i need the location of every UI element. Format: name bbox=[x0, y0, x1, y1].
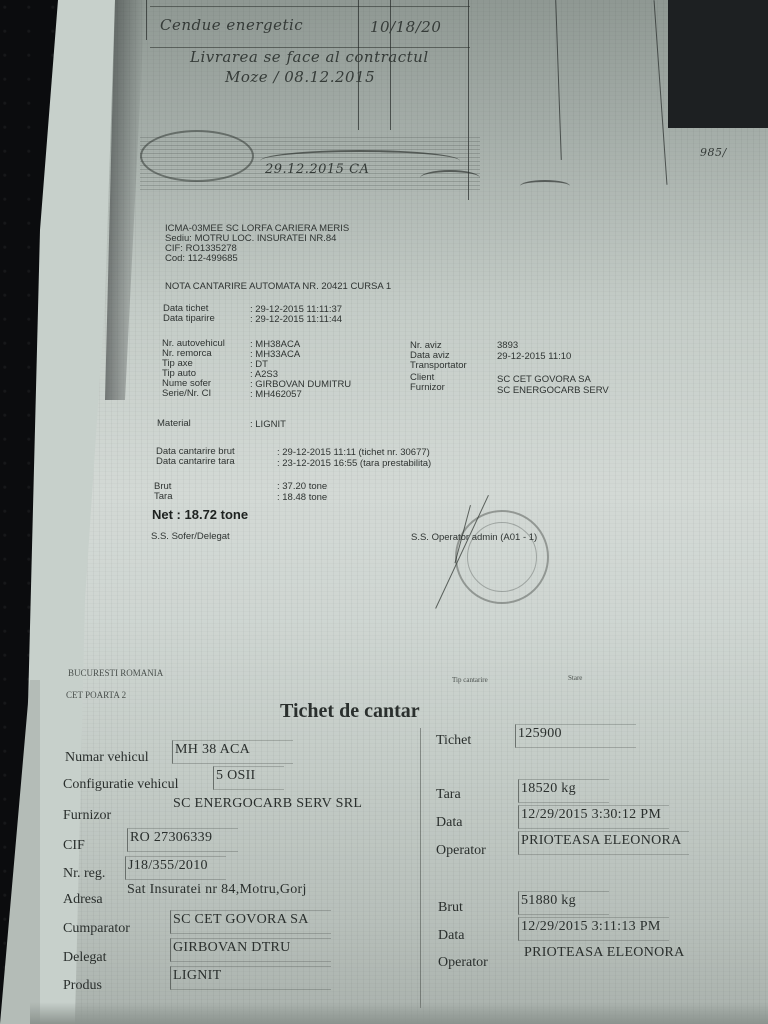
nota-title: NOTA CANTARIRE AUTOMATA NR. 20421 CURSA … bbox=[165, 282, 391, 292]
label-material: Material bbox=[157, 419, 191, 429]
label-cumparator: Cumparator bbox=[63, 921, 130, 937]
bottom-shadow bbox=[30, 1002, 768, 1024]
value-nr-reg: J18/355/2010 bbox=[128, 858, 208, 874]
header-tip-cantarire: Tip cantarire bbox=[452, 676, 488, 684]
label-brut: Brut bbox=[438, 900, 463, 916]
label-serie-ci: Serie/Nr. CI bbox=[162, 389, 211, 399]
value-numar-vehicul: MH 38 ACA bbox=[175, 742, 250, 758]
value-data-tiparire: : 29-12-2015 11:11:44 bbox=[250, 315, 342, 325]
label-numar-vehicul: Numar vehicul bbox=[65, 750, 149, 766]
signature-scribble bbox=[420, 170, 480, 186]
value-operator-brut: PRIOTEASA ELEONORA bbox=[524, 945, 685, 961]
value-client: SC CET GOVORA SA bbox=[497, 375, 591, 385]
value-tara: 18520 kg bbox=[521, 781, 576, 797]
value-data-aviz: 29-12-2015 11:10 bbox=[497, 352, 571, 362]
signature-scribble bbox=[520, 180, 570, 192]
label-operator-brut: Operator bbox=[438, 955, 488, 971]
value-delegat: GIRBOVAN DTRU bbox=[173, 940, 291, 956]
label-operator-tara: Operator bbox=[436, 843, 486, 859]
corner-note: 985/ bbox=[700, 146, 727, 159]
value-data-tara: 12/29/2015 3:30:12 PM bbox=[521, 807, 661, 823]
label-data-tiparire: Data tiparire bbox=[163, 314, 215, 324]
company-code: Cod: 112-499685 bbox=[165, 254, 238, 264]
handwritten-line-3: Moze / 08.12.2015 bbox=[225, 68, 375, 86]
label-tara: Tara bbox=[154, 492, 172, 502]
round-company-stamp bbox=[455, 510, 549, 604]
label-transportator: Transportator bbox=[410, 361, 467, 371]
location-city: BUCURESTI ROMANIA bbox=[68, 668, 163, 678]
signature-note: 29.12.2015 CA bbox=[265, 162, 369, 177]
value-tara: : 18.48 tone bbox=[277, 493, 327, 503]
label-tichet: Tichet bbox=[436, 733, 471, 749]
location-gate: CET POARTA 2 bbox=[66, 690, 126, 700]
value-cumparator: SC CET GOVORA SA bbox=[173, 912, 309, 928]
label-data-tara: Data bbox=[436, 815, 462, 831]
ticket-title: Tichet de cantar bbox=[280, 700, 420, 723]
header-stare: Stare bbox=[568, 674, 582, 682]
value-furnizor: SC ENERGOCARB SERV SRL bbox=[173, 796, 362, 812]
value-data-cantarire-brut: : 29-12-2015 11:11 (tichet nr. 30677) bbox=[277, 448, 430, 458]
net-weight: Net : 18.72 tone bbox=[152, 507, 248, 522]
value-brut: 51880 kg bbox=[521, 893, 576, 909]
value-data-cantarire-tara: : 23-12-2015 16:55 (tara prestabilita) bbox=[277, 459, 431, 469]
signature-driver-label: S.S. Sofer/Delegat bbox=[151, 532, 230, 542]
label-data-brut: Data bbox=[438, 928, 464, 944]
label-cif: CIF bbox=[63, 838, 85, 854]
value-data-brut: 12/29/2015 3:11:13 PM bbox=[521, 919, 661, 935]
handwritten-number: 10/18/20 bbox=[370, 18, 441, 36]
handwritten-line-1: Cendue energetic bbox=[160, 16, 303, 34]
value-produs: LIGNIT bbox=[173, 968, 221, 984]
value-nr-aviz: 3893 bbox=[497, 341, 518, 351]
value-material: : LIGNIT bbox=[250, 420, 286, 430]
label-produs: Produs bbox=[63, 978, 102, 994]
value-configuratie-vehicul: 5 OSII bbox=[216, 768, 256, 784]
oval-stamp bbox=[140, 130, 254, 182]
value-brut: : 37.20 tone bbox=[277, 482, 327, 492]
value-furnizor: SC ENERGOCARB SERV bbox=[497, 386, 609, 396]
value-cif: RO 27306339 bbox=[130, 830, 212, 846]
column-divider bbox=[420, 728, 421, 1008]
value-operator-tara: PRIOTEASA ELEONORA bbox=[521, 833, 682, 849]
label-configuratie-vehicul: Configuratie vehicul bbox=[63, 777, 178, 793]
label-data-cantarire-tara: Data cantarire tara bbox=[156, 457, 235, 467]
label-delegat: Delegat bbox=[63, 950, 107, 966]
label-nr-reg: Nr. reg. bbox=[63, 866, 105, 882]
label-tara: Tara bbox=[436, 787, 461, 803]
value-adresa: Sat Insuratei nr 84,Motru,Gorj bbox=[127, 882, 307, 898]
handwritten-line-2: Livrarea se face al contractul bbox=[190, 48, 429, 66]
value-serie-ci: : MH462057 bbox=[250, 390, 302, 400]
label-adresa: Adresa bbox=[63, 892, 103, 908]
label-furnizor: Furnizor bbox=[410, 383, 445, 393]
value-tichet: 125900 bbox=[518, 726, 562, 742]
grid-line bbox=[146, 0, 147, 40]
dark-corner bbox=[668, 0, 768, 128]
label-furnizor: Furnizor bbox=[63, 808, 111, 824]
